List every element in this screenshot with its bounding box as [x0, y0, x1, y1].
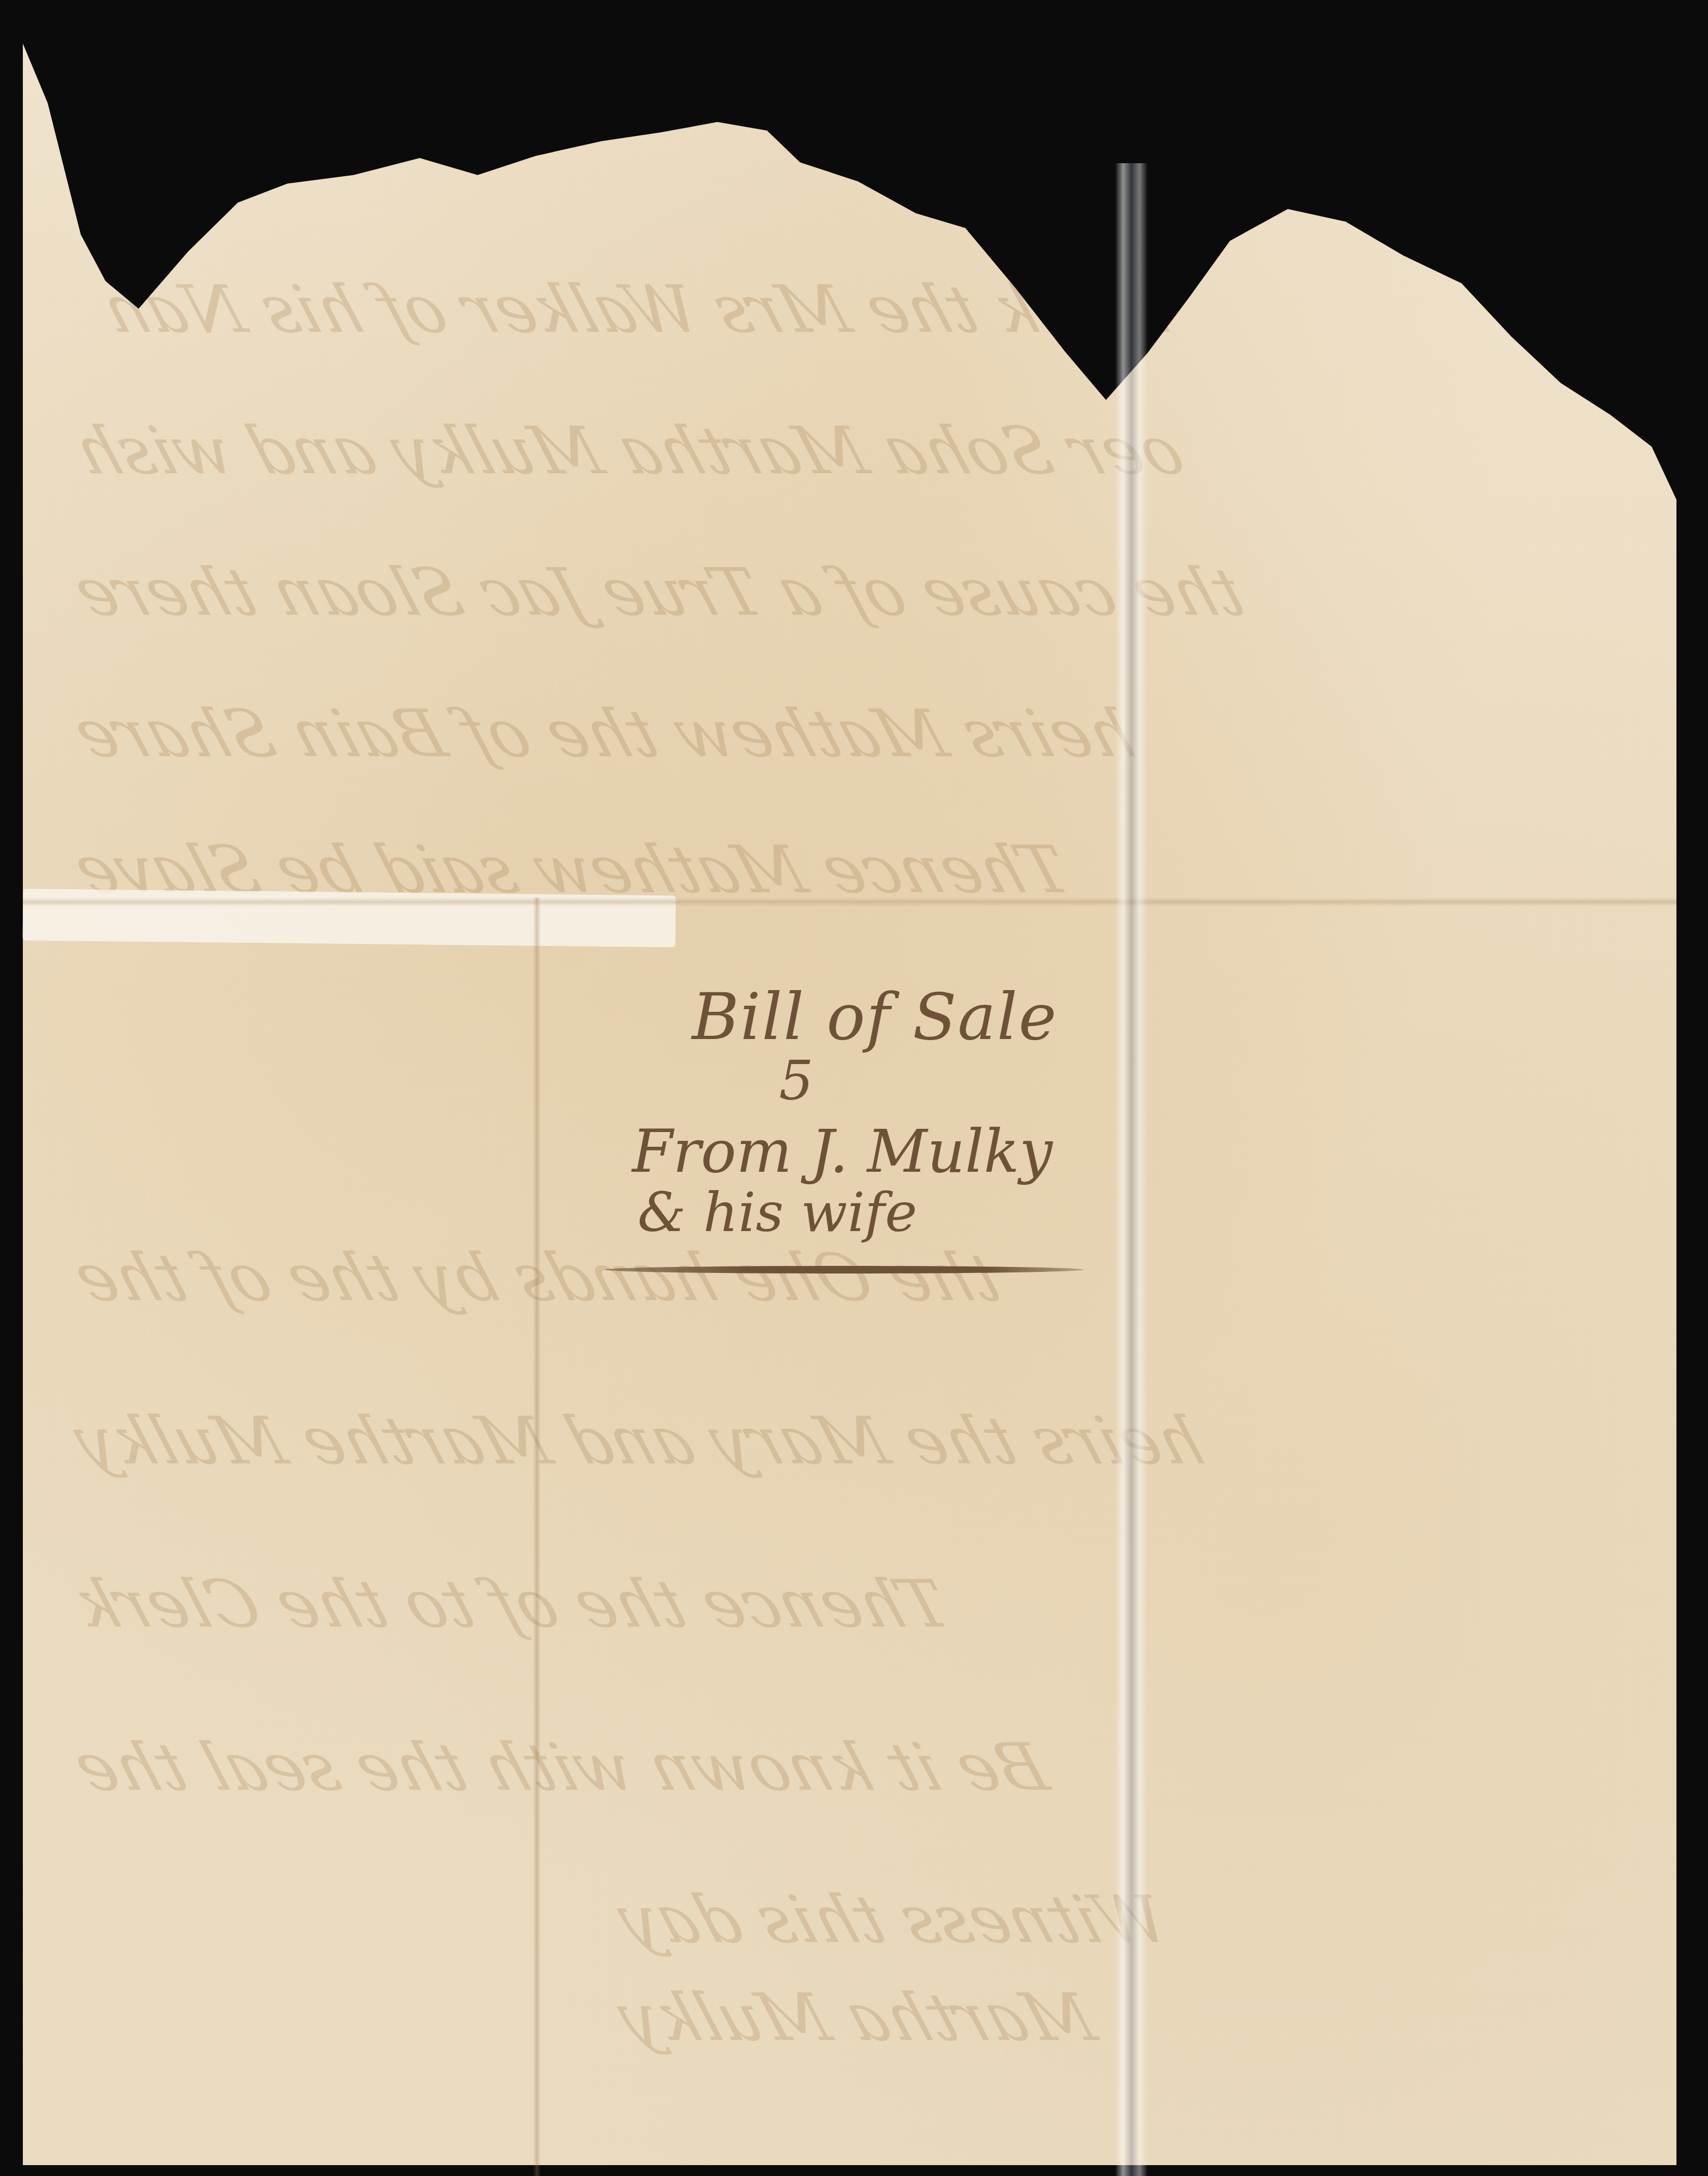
repair-tape [23, 889, 676, 948]
bleed-through-text: heirs Mathew the of Bain Share [65, 696, 1143, 772]
docket-number: 5 [779, 1049, 1094, 1112]
manuscript-sheet: mark the Mrs Walker of his Nah oer Soha … [23, 44, 1676, 2165]
bleed-through-text: oer Soha Martha Mulky and wish [65, 413, 1192, 489]
bleed-through-text: Witness this day [609, 1882, 1175, 1958]
bleed-through-text: Thence the of to the Clerk [65, 1567, 957, 1642]
bleed-through-text: mark the Mrs Walker of his Nah [92, 272, 1179, 348]
docket-from-line: From J. Mulky [632, 1118, 1094, 1186]
bleed-through-text: Be it known with the seal the [65, 1730, 1057, 1806]
docket-title: Bill of Sale [692, 979, 1094, 1054]
bleed-through-text: heirs the Mary and Marthe Mulky [65, 1404, 1213, 1479]
docket-underline [605, 1266, 1084, 1274]
bleed-through-text: the cause of a True Jac Sloan there [65, 555, 1253, 630]
docket-wife-line: & his wife [638, 1180, 1094, 1244]
docket-annotation: Bill of Sale 5 From J. Mulky & his wife [605, 979, 1094, 1274]
bleed-through-text: Martha Mulky [609, 1980, 1104, 2056]
